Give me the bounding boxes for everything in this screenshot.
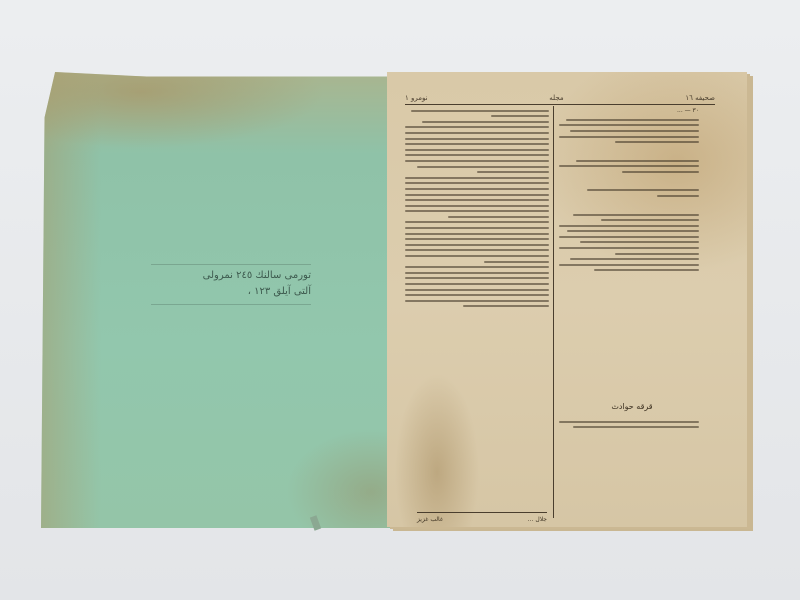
- right-column-text: ٣٠ — ...: [559, 106, 699, 376]
- section-title: قرقه حوادث: [587, 402, 677, 411]
- column-intro: ٣٠ — ...: [677, 107, 699, 114]
- page-header: صحیفه ١٦ مجله نومرو ١: [405, 94, 715, 105]
- page-number: صحیفه ١٦: [685, 94, 715, 102]
- handwritten-label: تورمی سالنك ٢٤٥ نمرولی آلتی آیلق ١٢٣ ،: [151, 268, 311, 300]
- text-page: صحیفه ١٦ مجله نومرو ١ ٣٠ — ... قرقه حواد…: [387, 72, 747, 527]
- label-rule-top: [151, 264, 311, 265]
- footer-right: جلال ...: [528, 516, 547, 523]
- cover-stain: [41, 72, 101, 528]
- issue-number: نومرو ١: [405, 94, 428, 102]
- column-divider: [553, 106, 554, 518]
- label-line-2: آلتی آیلق ١٢٣ ،: [151, 284, 311, 300]
- section-text: [559, 417, 699, 447]
- left-column-text: [405, 106, 549, 516]
- footer-left: غالب غزیز: [417, 516, 443, 523]
- green-cover-page: تورمی سالنك ٢٤٥ نمرولی آلتی آیلق ١٢٣ ،: [41, 72, 393, 528]
- page-footer: جلال ... غالب غزیز: [417, 512, 547, 523]
- label-rule-bottom: [151, 304, 311, 305]
- label-line-1: تورمی سالنك ٢٤٥ نمرولی: [151, 268, 311, 284]
- journal-title: مجله: [549, 94, 563, 102]
